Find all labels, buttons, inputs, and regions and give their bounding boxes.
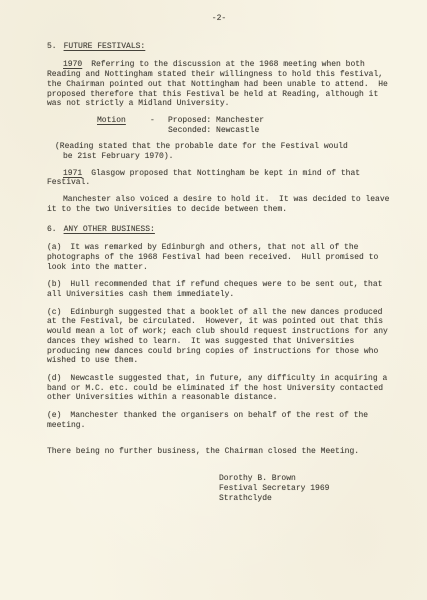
- paragraph-1970: 1970Referring to the discussion at the 1…: [47, 60, 391, 109]
- paragraph-1971: 1971Glasgow proposed that Nottingham be …: [47, 169, 391, 188]
- business-item-d: (d)Newcastle suggested that, in future, …: [47, 374, 391, 403]
- motion-block: Motion - Proposed: Manchester Seconded: …: [97, 116, 391, 135]
- proposed-value: Manchester: [216, 116, 264, 125]
- business-item-c: (c)Edinburgh suggested that a booklet of…: [47, 308, 391, 366]
- seconded-value: Newcastle: [216, 126, 259, 135]
- item-text: Edinburgh suggested that a booklet of al…: [47, 308, 393, 366]
- paragraph-1970-text: Referring to the discussion at the 1968 …: [47, 60, 393, 108]
- section-future-festivals: 5.FUTURE FESTIVALS: 1970Referring to the…: [47, 42, 391, 215]
- item-label: (a): [47, 243, 61, 252]
- signature-block: Dorothy B. Brown Festival Secretary 1969…: [219, 474, 391, 503]
- reading-note-line2: be 21st February 1970).: [55, 152, 391, 162]
- closing-statement: There being no further business, the Cha…: [47, 447, 391, 457]
- section-number: 6.: [47, 225, 57, 235]
- motion-details: Proposed: Manchester Seconded: Newcastle: [168, 116, 264, 135]
- item-label: (d): [47, 374, 61, 383]
- section-number: 5.: [47, 42, 57, 52]
- reading-note: (Reading stated that the probable date f…: [55, 142, 391, 161]
- item-label: (b): [47, 280, 61, 289]
- year-lead-1971: 1971: [63, 169, 82, 178]
- signature-name: Dorothy B. Brown: [219, 474, 391, 484]
- seconded-label: Seconded:: [168, 126, 211, 135]
- paragraph-manchester: Manchester also voiced a desire to hold …: [47, 195, 391, 214]
- signature-university: Strathclyde: [219, 494, 391, 504]
- business-item-a: (a)It was remarked by Edinburgh and othe…: [47, 243, 391, 272]
- section-title: ANY OTHER BUSINESS:: [64, 225, 155, 234]
- business-item-e: (e)Manchester thanked the organisers on …: [47, 411, 391, 430]
- section-heading: 5.FUTURE FESTIVALS:: [47, 42, 391, 52]
- item-label: (c): [47, 308, 61, 317]
- scanned-minutes-page: -2- 5.FUTURE FESTIVALS: 1970Referring to…: [0, 0, 427, 600]
- motion-dash: -: [150, 116, 168, 135]
- section-title: FUTURE FESTIVALS:: [64, 42, 146, 51]
- section-any-other-business: 6.ANY OTHER BUSINESS: (a)It was remarked…: [47, 225, 391, 431]
- item-text: Newcastle suggested that, in future, any…: [47, 374, 392, 402]
- year-lead-1970: 1970: [63, 60, 82, 69]
- item-text: Hull recommended that if refund cheques …: [47, 280, 387, 299]
- business-item-b: (b)Hull recommended that if refund chequ…: [47, 280, 391, 299]
- reading-note-line1: (Reading stated that the probable date f…: [55, 142, 391, 152]
- item-text: It was remarked by Edinburgh and others,…: [47, 243, 383, 271]
- motion-label: Motion: [97, 116, 150, 135]
- proposed-label: Proposed:: [168, 116, 211, 125]
- section-heading: 6.ANY OTHER BUSINESS:: [47, 225, 391, 235]
- item-text: Manchester thanked the organisers on beh…: [47, 411, 373, 430]
- paragraph-1971-text: Glasgow proposed that Nottingham be kept…: [47, 169, 365, 188]
- motion-seconded-line: Seconded: Newcastle: [168, 126, 264, 136]
- signature-title: Festival Secretary 1969: [219, 484, 391, 494]
- motion-proposed-line: Proposed: Manchester: [168, 116, 264, 126]
- item-label: (e): [47, 411, 61, 420]
- page-number: -2-: [47, 14, 391, 24]
